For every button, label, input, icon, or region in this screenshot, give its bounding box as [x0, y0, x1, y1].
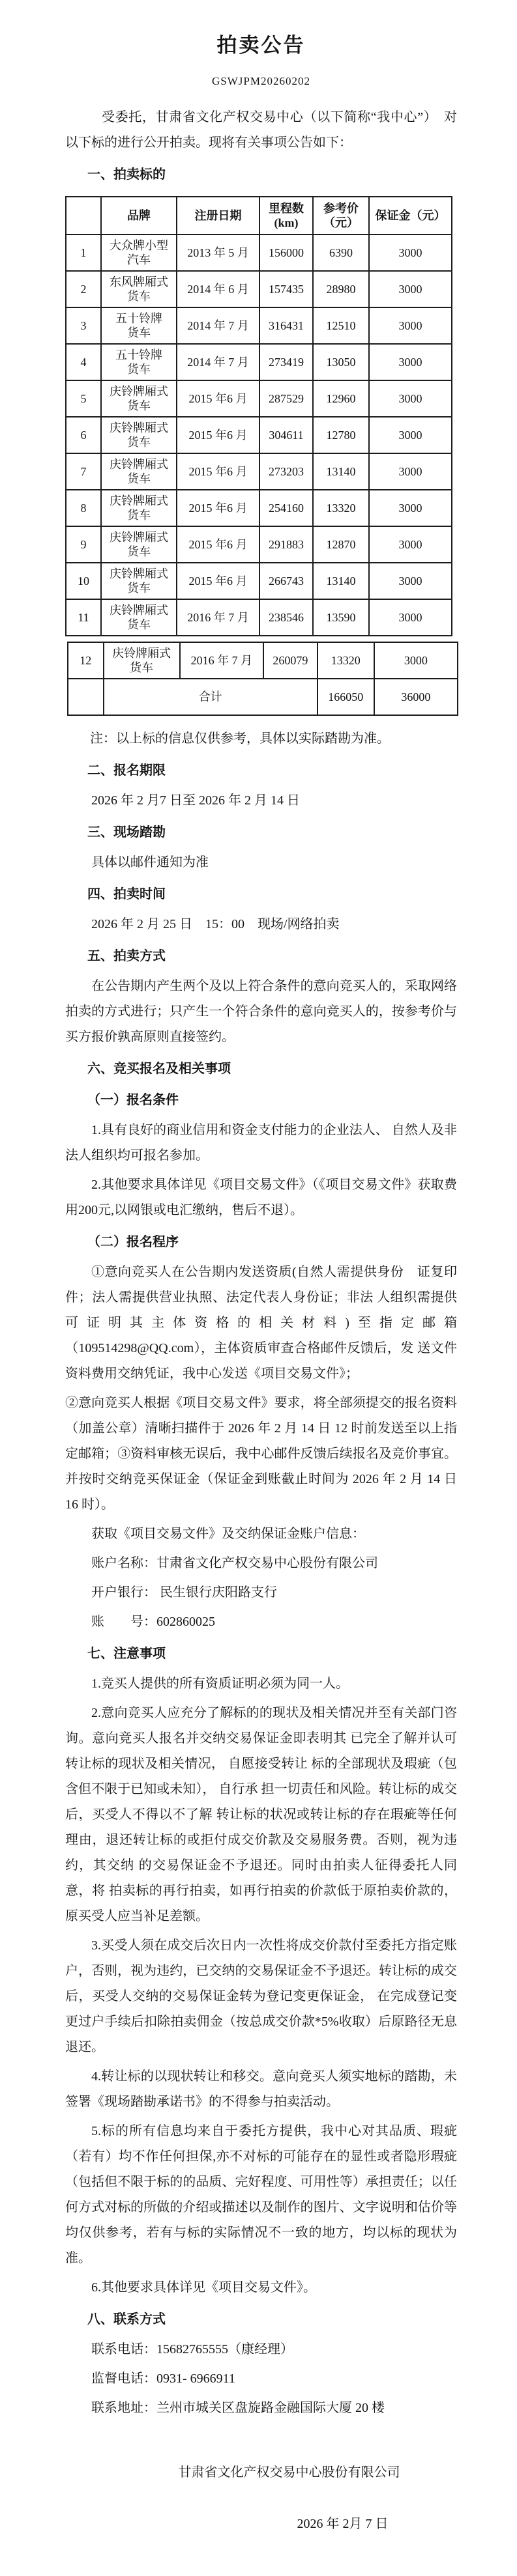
section-heading: 四、拍卖时间	[65, 882, 457, 907]
section-heading: （一）报名条件	[65, 1088, 457, 1112]
table-cell: 3000	[369, 380, 452, 417]
table-cell: 13320	[313, 490, 369, 526]
table-cell: 13140	[313, 453, 369, 490]
table-row: 4五十铃牌 货车2014 年 7 月273419130503000	[66, 344, 452, 380]
table-cell: 12870	[313, 526, 369, 563]
table-header-cell: 里程数 (km)	[259, 197, 313, 234]
table-cell: 3000	[369, 417, 452, 453]
paragraph: 联系地址：兰州市城关区盘旋路金融国际大厦 20 楼	[65, 2396, 457, 2421]
table-cell: 3	[66, 307, 101, 344]
table-cell: 3000	[369, 271, 452, 307]
table-cell: 28980	[313, 271, 369, 307]
table-row: 6庆铃牌厢式 货车2015 年6 月304611127803000	[66, 417, 452, 453]
table-cell: 2	[66, 271, 101, 307]
table-row: 9庆铃牌厢式 货车2015 年6 月291883128703000	[66, 526, 452, 563]
paragraph: 账 号：602860025	[65, 1609, 457, 1635]
table-cell: 五十铃牌 货车	[101, 344, 177, 380]
table-header-cell: 参考价 （元）	[313, 197, 369, 234]
paragraph: 2026 年 2 月 25 日 15：00 现场/网络拍卖	[65, 912, 457, 937]
table-cell: 260079	[263, 642, 318, 679]
table-cell: 3000	[369, 453, 452, 490]
table-cell: 2014 年 6 月	[177, 271, 259, 307]
table-cell: 3000	[369, 307, 452, 344]
table-cell: 2014 年 7 月	[177, 344, 259, 380]
table-row: 1大众牌小型 汽车2013 年 5 月15600063903000	[66, 234, 452, 271]
table-cell: 3000	[369, 599, 452, 636]
table-cell: 3000	[369, 490, 452, 526]
table-cell: 2013 年 5 月	[177, 234, 259, 271]
table-cell: 3000	[369, 344, 452, 380]
table-cell: 庆铃牌厢式 货车	[101, 563, 177, 599]
table-row: 7庆铃牌厢式 货车2015 年6 月273203131403000	[66, 453, 452, 490]
document-page: 拍卖公告 GSWJPM20260202 受委托，甘肃省文化产权交易中心（以下简称…	[0, 0, 517, 2576]
section-heading: 八、联系方式	[65, 2307, 457, 2332]
table-cell: 东风牌厢式 货车	[101, 271, 177, 307]
paragraph: 1.具有良好的商业信用和资金支付能力的企业法人、 自然人及非法人组织均可报名参加…	[65, 1118, 457, 1168]
table-header-cell: 品牌	[101, 197, 177, 234]
table-cell: 6390	[313, 234, 369, 271]
table-cell: 157435	[259, 271, 313, 307]
paragraph: 监督电话：0931- 6966911	[65, 2366, 457, 2392]
intro-paragraph: 受委托，甘肃省文化产权交易中心（以下简称“我中心”） 对以下标的进行公开拍卖。现…	[65, 105, 457, 156]
table-header-cell: 注册日期	[177, 197, 259, 234]
table-cell: 13050	[313, 344, 369, 380]
paragraph: 2026 年 2 月7 日至 2026 年 2 月 14 日	[65, 788, 457, 814]
table-cell: 291883	[259, 526, 313, 563]
table-cell: 3000	[369, 526, 452, 563]
table-row: 10庆铃牌厢式 货车2015 年6 月266743131403000	[66, 563, 452, 599]
table-cell: 13320	[318, 642, 374, 679]
paragraph: 具体以邮件通知为准	[65, 850, 457, 875]
table-cell	[68, 679, 104, 715]
table-cell: 庆铃牌厢式 货车	[101, 490, 177, 526]
paragraph: ①意向竞买人在公告期内发送资质(自然人需提供身份 证复印件；法人需提供营业执照、…	[65, 1260, 457, 1387]
announcement-code: GSWJPM20260202	[65, 75, 457, 88]
table-cell: 五十铃牌 货车	[101, 307, 177, 344]
table-cell: 5	[66, 380, 101, 417]
section-heading: 三、现场踏勘	[65, 820, 457, 845]
table-cell: 庆铃牌厢式 货车	[101, 380, 177, 417]
table-cell: 2015 年6 月	[177, 490, 259, 526]
table-cell: 2014 年 7 月	[177, 307, 259, 344]
section-heading: 七、注意事项	[65, 1641, 457, 1666]
table-cell: 2016 年 7 月	[177, 599, 259, 636]
table-header-cell	[66, 197, 101, 234]
paragraph: 6.其他要求具体详见《项目交易文件》。	[65, 2275, 457, 2300]
paragraph: 1.竞买人提供的所有资质证明必须为同一人。	[65, 1671, 457, 1697]
table-header-cell: 保证金（元）	[369, 197, 452, 234]
section-heading: 六、竞买报名及相关事项	[65, 1056, 457, 1081]
paragraph: 在公告期内产生两个及以上符合条件的意向竞买人的，采取网络拍卖的方式进行；只产生一…	[65, 974, 457, 1050]
table-cell: 庆铃牌厢式 货车	[104, 642, 180, 679]
table-cell: 3000	[369, 234, 452, 271]
total-ref-price-cell: 166050	[318, 679, 374, 715]
section-heading: 二、报名期限	[65, 758, 457, 783]
table-row: 3五十铃牌 货车2014 年 7 月316431125103000	[66, 307, 452, 344]
table-cell: 庆铃牌厢式 货车	[101, 526, 177, 563]
total-label-cell: 合计	[104, 679, 318, 715]
table-cell: 254160	[259, 490, 313, 526]
table-cell: 3000	[369, 563, 452, 599]
table-cell: 2015 年6 月	[177, 526, 259, 563]
table-cell: 1	[66, 234, 101, 271]
table-cell: 庆铃牌厢式 货车	[101, 453, 177, 490]
paragraph: 3.买受人须在成交后次日内一次性将成交价款付至委托方指定账户，否则，视为违约，已…	[65, 1933, 457, 2060]
paragraph: 联系电话：15682765555（康经理）	[65, 2337, 457, 2362]
table-head: 品牌注册日期里程数 (km)参考价 （元）保证金（元）	[66, 197, 452, 234]
table-cell: 13590	[313, 599, 369, 636]
paragraph: 2.其他要求具体详见《项目交易文件》（《项目交易文件》获取费用200元,以网银或…	[65, 1172, 457, 1223]
table-cell: 2015 年6 月	[177, 380, 259, 417]
footer-company-name: 甘肃省文化产权交易中心股份有限公司	[65, 2460, 457, 2485]
paragraph: 账户名称：甘肃省文化产权交易中心股份有限公司	[65, 1551, 457, 1576]
table-cell: 11	[66, 599, 101, 636]
table-cell: 2015 年6 月	[177, 417, 259, 453]
paragraph: 获取《项目交易文件》及交纳保证金账户信息：	[65, 1522, 457, 1547]
table-cell: 7	[66, 453, 101, 490]
table-row: 8庆铃牌厢式 货车2015 年6 月254160133203000	[66, 490, 452, 526]
paragraph: 4.转让标的以现状转让和移交。意向竞买人须实地标的踏勘，未签署《现场踏勘承诺书》…	[65, 2064, 457, 2115]
table-cell: 12	[68, 642, 104, 679]
table-cell: 8	[66, 490, 101, 526]
content-sections: 二、报名期限2026 年 2 月7 日至 2026 年 2 月 14 日三、现场…	[65, 758, 457, 2421]
table-cell: 9	[66, 526, 101, 563]
table-cell: 庆铃牌厢式 货车	[101, 417, 177, 453]
table-cell: 13140	[313, 563, 369, 599]
table-cell: 3000	[374, 642, 458, 679]
paragraph: 2.意向竞买人应充分了解标的的现状及相关情况并至有关部门咨询。意向竞买人报名并交…	[65, 1701, 457, 1929]
table-row: 11庆铃牌厢式 货车2016 年 7 月238546135903000	[66, 599, 452, 636]
table-cell: 273419	[259, 344, 313, 380]
footer-date: 2026 年 2月 7 日	[65, 2512, 457, 2537]
table-cell: 4	[66, 344, 101, 380]
table-row: 5庆铃牌厢式 货车2015 年6 月287529129603000	[66, 380, 452, 417]
paragraph: 5.标的所有信息均来自于委托方提供，我中心对其品质、瑕疵（若有）均不作任何担保,…	[65, 2119, 457, 2271]
section-heading: （二）报名程序	[65, 1230, 457, 1254]
table-cell: 287529	[259, 380, 313, 417]
paragraph: ②意向竞买人根据《项目交易文件》要求，将全部须提交的报名资料（加盖公章）清晰扫描…	[65, 1391, 457, 1518]
table-cell: 304611	[259, 417, 313, 453]
table-body: 1大众牌小型 汽车2013 年 5 月156000639030002东风牌厢式 …	[66, 234, 452, 636]
auction-lot-table: 品牌注册日期里程数 (km)参考价 （元）保证金（元） 1大众牌小型 汽车201…	[65, 196, 452, 636]
table-cell: 12960	[313, 380, 369, 417]
table-cell: 273203	[259, 453, 313, 490]
page-title: 拍卖公告	[65, 29, 457, 58]
table-cell: 6	[66, 417, 101, 453]
table-cell: 2015 年6 月	[177, 453, 259, 490]
section-heading-auction-target: 一、拍卖标的	[65, 162, 457, 187]
table-cell: 12780	[313, 417, 369, 453]
table-cell: 2016 年 7 月	[180, 642, 263, 679]
auction-lot-table-continued: 12庆铃牌厢式 货车2016 年 7 月260079133203000合计166…	[67, 642, 458, 716]
table-cell: 2015 年6 月	[177, 563, 259, 599]
table-cell: 316431	[259, 307, 313, 344]
table-cell: 12510	[313, 307, 369, 344]
total-deposit-cell: 36000	[374, 679, 458, 715]
table-cell: 266743	[259, 563, 313, 599]
table-body-continued: 12庆铃牌厢式 货车2016 年 7 月260079133203000合计166…	[68, 642, 458, 715]
table-note: 注：以上标的信息仅供参考，具体以实际踏勘为准。	[65, 726, 457, 752]
paragraph: 开户银行： 民生银行庆阳路支行	[65, 1580, 457, 1606]
table-header-row: 品牌注册日期里程数 (km)参考价 （元）保证金（元）	[66, 197, 452, 234]
table-cell: 庆铃牌厢式 货车	[101, 599, 177, 636]
table-total-row: 合计16605036000	[68, 679, 458, 715]
table-row: 2东风牌厢式 货车2014 年 6 月157435289803000	[66, 271, 452, 307]
table-row: 12庆铃牌厢式 货车2016 年 7 月260079133203000	[68, 642, 458, 679]
table-cell: 238546	[259, 599, 313, 636]
table-cell: 10	[66, 563, 101, 599]
table-cell: 大众牌小型 汽车	[101, 234, 177, 271]
section-heading: 五、拍卖方式	[65, 944, 457, 969]
table-cell: 156000	[259, 234, 313, 271]
